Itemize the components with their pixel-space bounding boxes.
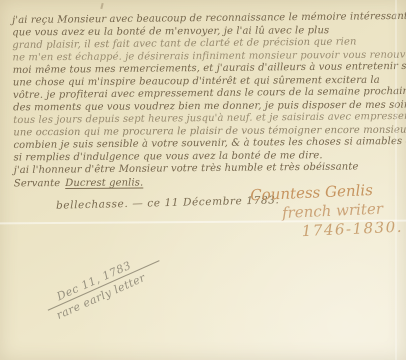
letter-line: ne m'en est échappé. je désirerais infin… bbox=[12, 49, 404, 64]
dateline: bellechasse. — ce 11 Décembre 1783. bbox=[56, 194, 280, 211]
letter-line: une chose qui m'inspire beaucoup d'intér… bbox=[13, 74, 405, 89]
collector-note-diagonal: Dec 11, 1783 rare early letter bbox=[42, 247, 166, 324]
closing-prefix: Servante bbox=[14, 178, 60, 189]
letter-line: une occasion qui me procurera le plaisir… bbox=[13, 124, 405, 139]
paper-crease-vertical bbox=[395, 0, 397, 360]
letter-page: j'ai reçu Monsieur avec beaucoup de reco… bbox=[0, 0, 406, 360]
collector-note-right: Countess Genlis french writer 1746-1830. bbox=[250, 180, 404, 244]
ink-stray-mark bbox=[100, 3, 103, 9]
letter-line: si remplies d'indulgence que vous avez l… bbox=[14, 149, 406, 164]
letter-body: j'ai reçu Monsieur avec beaucoup de reco… bbox=[12, 11, 406, 191]
signature: Ducrest genlis. bbox=[65, 177, 143, 189]
pencil-stroke bbox=[48, 260, 160, 311]
